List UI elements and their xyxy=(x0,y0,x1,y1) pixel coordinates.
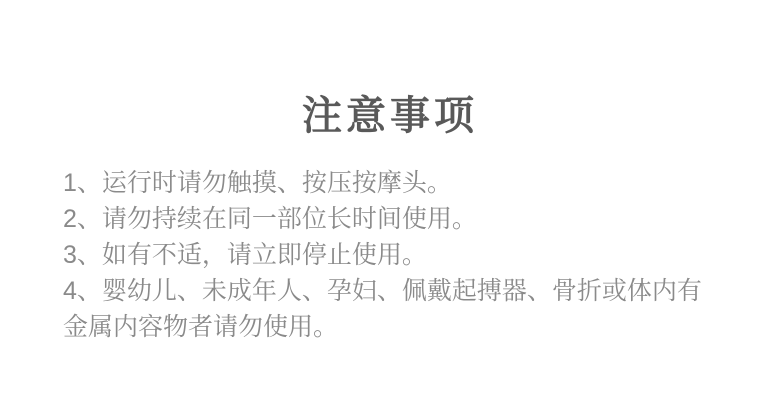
precautions-list: 1、运行时请勿触摸、按压按摩头。 2、请勿持续在同一部位长时间使用。 3、如有不… xyxy=(63,165,723,345)
precaution-item-4: 4、婴幼儿、未成年人、孕妇、佩戴起搏器、骨折或体内有金属内容物者请勿使用。 xyxy=(63,273,723,345)
precaution-item-1: 1、运行时请勿触摸、按压按摩头。 xyxy=(63,165,723,201)
section-title: 注意事项 xyxy=(0,92,780,140)
precautions-section: 注意事项 1、运行时请勿触摸、按压按摩头。 2、请勿持续在同一部位长时间使用。 … xyxy=(0,0,780,419)
precaution-item-3: 3、如有不适，请立即停止使用。 xyxy=(63,237,723,273)
precaution-item-2: 2、请勿持续在同一部位长时间使用。 xyxy=(63,201,723,237)
